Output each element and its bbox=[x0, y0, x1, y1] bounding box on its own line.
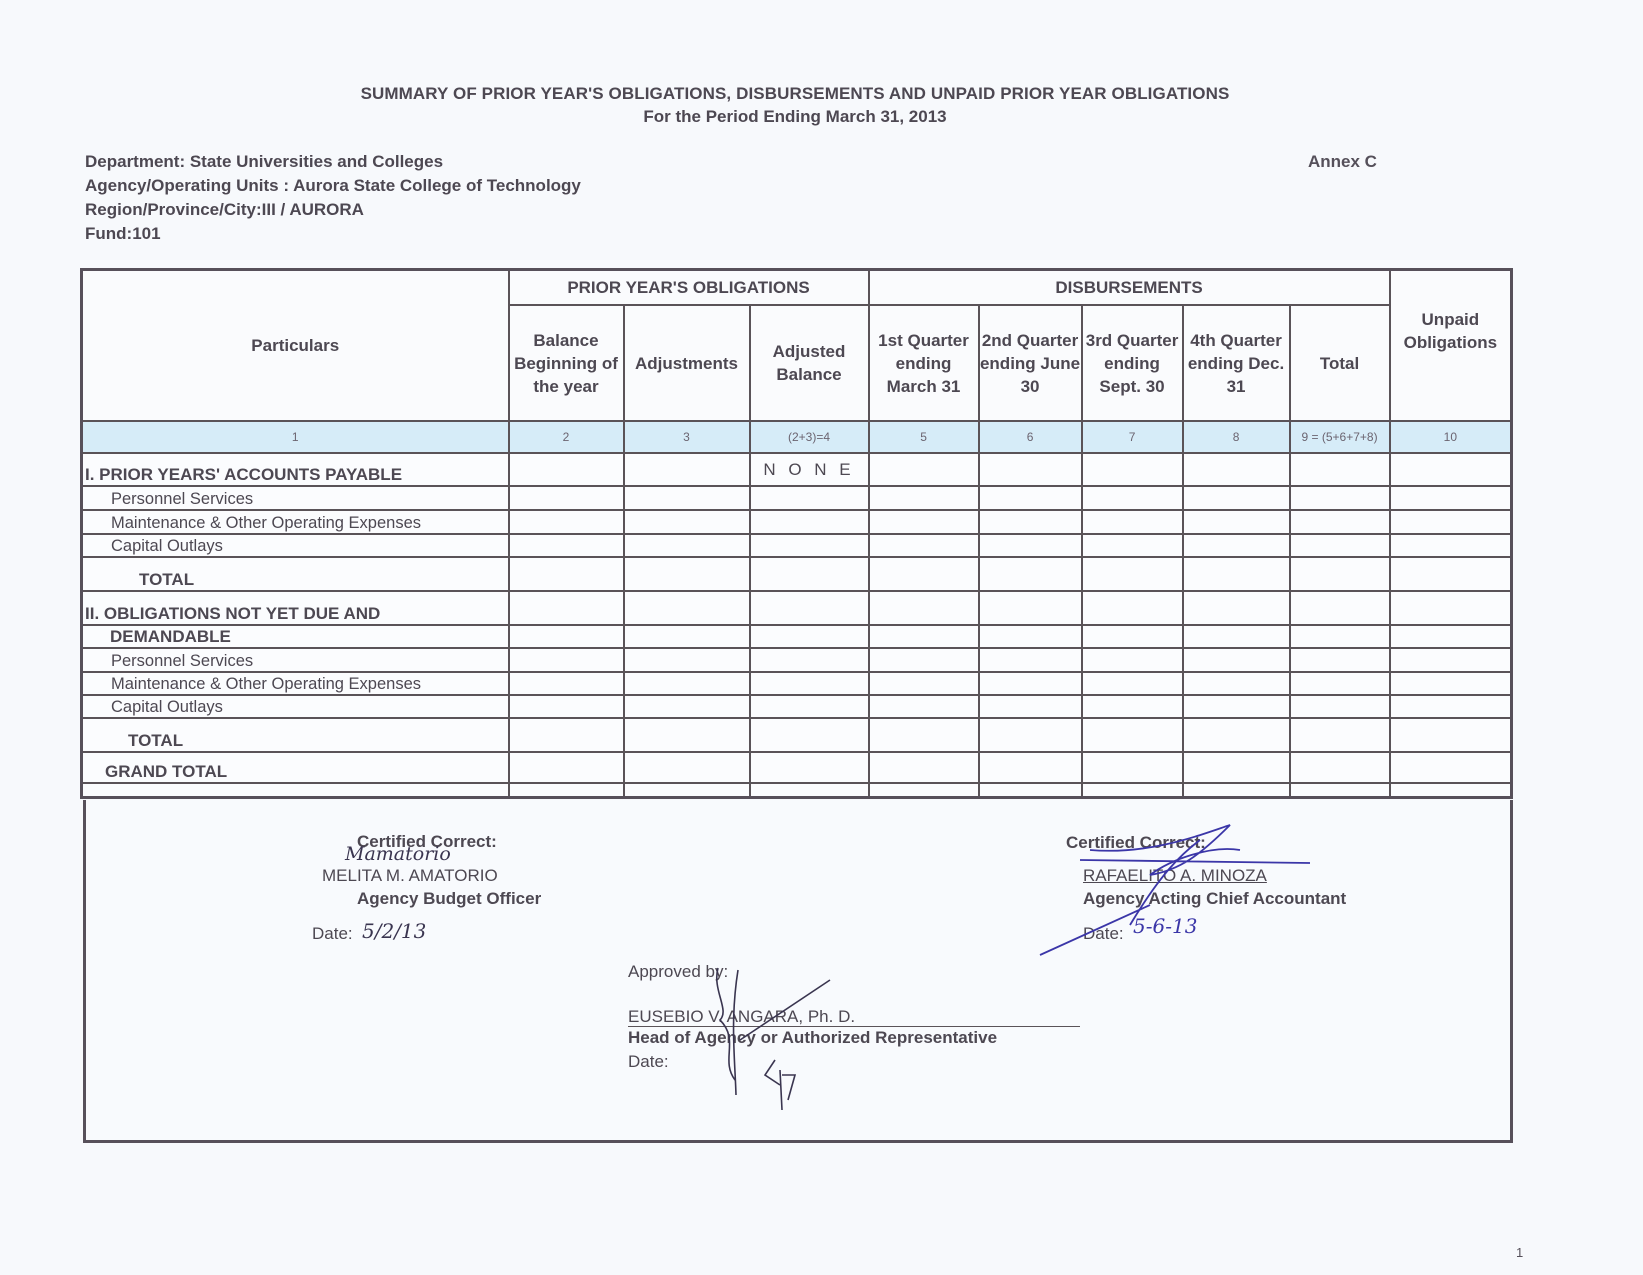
table-cell bbox=[1082, 672, 1183, 695]
table-cell bbox=[869, 453, 979, 486]
col-q2: 2nd Quarter ending June 30 bbox=[979, 305, 1082, 421]
table-cell bbox=[869, 591, 979, 625]
table-cell bbox=[979, 752, 1082, 783]
table-cell bbox=[750, 672, 869, 695]
table-cell bbox=[1183, 625, 1290, 648]
table-cell bbox=[1390, 591, 1512, 625]
table-cell bbox=[979, 625, 1082, 648]
approved-signature-icon bbox=[700, 960, 840, 1120]
table-cell bbox=[869, 486, 979, 510]
row-label: Maintenance & Other Operating Expenses bbox=[82, 672, 509, 695]
colnum: (2+3)=4 bbox=[750, 421, 869, 453]
table-cell bbox=[869, 752, 979, 783]
table-cell bbox=[624, 648, 750, 672]
table-cell bbox=[509, 534, 624, 557]
table-cell bbox=[1082, 783, 1183, 797]
table-cell bbox=[509, 695, 624, 718]
table-cell bbox=[979, 557, 1082, 591]
report-period: For the Period Ending March 31, 2013 bbox=[0, 107, 1590, 127]
col-adjustments: Adjustments bbox=[624, 305, 750, 421]
row-label: Capital Outlays bbox=[82, 534, 509, 557]
row-label: Maintenance & Other Operating Expenses bbox=[82, 510, 509, 534]
table-cell bbox=[509, 672, 624, 695]
table-cell bbox=[1183, 510, 1290, 534]
table-cell bbox=[1390, 625, 1512, 648]
table-cell bbox=[1390, 752, 1512, 783]
table-cell bbox=[624, 510, 750, 534]
table-cell bbox=[1082, 718, 1183, 752]
table-cell bbox=[1290, 752, 1390, 783]
colnum: 10 bbox=[1390, 421, 1512, 453]
table-cell bbox=[1082, 557, 1183, 591]
page-number: 1 bbox=[1516, 1245, 1523, 1260]
colnum: 2 bbox=[509, 421, 624, 453]
table-cell bbox=[1290, 510, 1390, 534]
table-cell bbox=[869, 625, 979, 648]
table-cell bbox=[1082, 534, 1183, 557]
table-cell bbox=[1082, 453, 1183, 486]
table-cell bbox=[509, 752, 624, 783]
table-cell bbox=[750, 534, 869, 557]
table-cell bbox=[1390, 718, 1512, 752]
table-cell bbox=[1183, 718, 1290, 752]
table-cell bbox=[509, 718, 624, 752]
table-cell bbox=[1290, 453, 1390, 486]
table-cell bbox=[509, 486, 624, 510]
table-row: Maintenance & Other Operating Expenses bbox=[82, 510, 1512, 534]
table-cell bbox=[1290, 718, 1390, 752]
table-cell bbox=[509, 591, 624, 625]
table-cell bbox=[1390, 648, 1512, 672]
table-cell bbox=[979, 672, 1082, 695]
table-cell bbox=[869, 783, 979, 797]
colnum: 5 bbox=[869, 421, 979, 453]
col-adjusted-balance: Adjusted Balance bbox=[750, 305, 869, 421]
col-q1: 1st Quarter ending March 31 bbox=[869, 305, 979, 421]
table-cell bbox=[1390, 510, 1512, 534]
table-cell bbox=[509, 625, 624, 648]
table-cell bbox=[509, 557, 624, 591]
table-cell bbox=[1183, 695, 1290, 718]
table-cell bbox=[1183, 672, 1290, 695]
table-cell bbox=[624, 534, 750, 557]
col-unpaid-obligations: Unpaid Obligations bbox=[1390, 270, 1512, 422]
region-line: Region/Province/City:III / AURORA bbox=[85, 198, 581, 222]
row-label: I. PRIOR YEARS' ACCOUNTS PAYABLE bbox=[82, 453, 509, 486]
table-cell bbox=[750, 648, 869, 672]
table-cell bbox=[1290, 534, 1390, 557]
department-line: Department: State Universities and Colle… bbox=[85, 150, 581, 174]
table-cell bbox=[750, 783, 869, 797]
report-title: SUMMARY OF PRIOR YEAR'S OBLIGATIONS, DIS… bbox=[0, 84, 1590, 104]
table-cell bbox=[509, 648, 624, 672]
table-cell bbox=[1290, 695, 1390, 718]
left-signatory-name: MELITA M. AMATORIO bbox=[322, 866, 498, 886]
table-cell bbox=[979, 783, 1082, 797]
table-cell bbox=[1290, 648, 1390, 672]
table-cell bbox=[979, 510, 1082, 534]
obligations-table: Particulars PRIOR YEAR'S OBLIGATIONS DIS… bbox=[80, 268, 1513, 799]
table-row: DEMANDABLE bbox=[82, 625, 1512, 648]
col-total: Total bbox=[1290, 305, 1390, 421]
table-cell bbox=[750, 486, 869, 510]
colnum: 8 bbox=[1183, 421, 1290, 453]
left-signature: Mamatorio bbox=[345, 843, 451, 865]
table-cell bbox=[869, 648, 979, 672]
table-cell bbox=[1390, 486, 1512, 510]
table-row bbox=[82, 783, 1512, 797]
approved-date-label: Date: bbox=[628, 1052, 669, 1072]
table-cell bbox=[1290, 672, 1390, 695]
table-cell bbox=[624, 557, 750, 591]
col-particulars: Particulars bbox=[82, 270, 509, 422]
column-number-row: 1 2 3 (2+3)=4 5 6 7 8 9 = (5+6+7+8) 10 bbox=[82, 421, 1512, 453]
row-label: Personnel Services bbox=[82, 648, 509, 672]
table-cell bbox=[624, 718, 750, 752]
table-row: GRAND TOTAL bbox=[82, 752, 1512, 783]
table-cell bbox=[979, 453, 1082, 486]
table-cell bbox=[624, 752, 750, 783]
group-disbursements: DISBURSEMENTS bbox=[869, 270, 1390, 306]
table-cell bbox=[750, 695, 869, 718]
table-cell bbox=[509, 453, 624, 486]
table-cell bbox=[1183, 453, 1290, 486]
table-cell bbox=[1290, 557, 1390, 591]
table-cell bbox=[979, 695, 1082, 718]
table-cell bbox=[979, 718, 1082, 752]
col-q4: 4th Quarter ending Dec. 31 bbox=[1183, 305, 1290, 421]
table-cell bbox=[624, 591, 750, 625]
right-signature-icon bbox=[1030, 815, 1320, 960]
row-label: GRAND TOTAL bbox=[82, 752, 509, 783]
agency-line: Agency/Operating Units : Aurora State Co… bbox=[85, 174, 581, 198]
table-cell bbox=[1183, 591, 1290, 625]
table-cell bbox=[750, 557, 869, 591]
colnum: 9 = (5+6+7+8) bbox=[1290, 421, 1390, 453]
table-cell bbox=[750, 510, 869, 534]
table-cell bbox=[750, 591, 869, 625]
table-cell bbox=[1082, 648, 1183, 672]
table-cell bbox=[1290, 591, 1390, 625]
table-cell: N O N E bbox=[750, 453, 869, 486]
table-cell bbox=[1183, 783, 1290, 797]
table-cell bbox=[1290, 625, 1390, 648]
table-cell bbox=[979, 591, 1082, 625]
table-cell bbox=[1290, 783, 1390, 797]
row-label: Capital Outlays bbox=[82, 695, 509, 718]
row-label: TOTAL bbox=[82, 557, 509, 591]
table-cell bbox=[869, 695, 979, 718]
table-cell bbox=[979, 648, 1082, 672]
table-row: Capital Outlays bbox=[82, 695, 1512, 718]
annex-label: Annex C bbox=[1308, 152, 1377, 172]
table-cell bbox=[624, 486, 750, 510]
table-cell bbox=[1390, 672, 1512, 695]
table-cell bbox=[1390, 534, 1512, 557]
table-row: Maintenance & Other Operating Expenses bbox=[82, 672, 1512, 695]
table-cell bbox=[509, 783, 624, 797]
table-cell bbox=[624, 453, 750, 486]
row-label: DEMANDABLE bbox=[82, 625, 509, 648]
colnum: 3 bbox=[624, 421, 750, 453]
col-balance-beginning: Balance Beginning of the year bbox=[509, 305, 624, 421]
table-cell bbox=[750, 718, 869, 752]
table-cell bbox=[869, 672, 979, 695]
colnum: 6 bbox=[979, 421, 1082, 453]
table-cell bbox=[869, 534, 979, 557]
table-cell bbox=[1082, 625, 1183, 648]
left-signatory-position: Agency Budget Officer bbox=[357, 889, 541, 909]
table-cell bbox=[624, 783, 750, 797]
table-cell bbox=[869, 510, 979, 534]
table-cell bbox=[979, 486, 1082, 510]
table-cell bbox=[1390, 557, 1512, 591]
table-row: Capital Outlays bbox=[82, 534, 1512, 557]
left-date-value: 5/2/13 bbox=[362, 919, 426, 943]
table-row: II. OBLIGATIONS NOT YET DUE AND bbox=[82, 591, 1512, 625]
table-cell bbox=[1390, 783, 1512, 797]
table-row: I. PRIOR YEARS' ACCOUNTS PAYABLEN O N E bbox=[82, 453, 1512, 486]
report-meta: Department: State Universities and Colle… bbox=[85, 150, 581, 246]
table-cell bbox=[750, 625, 869, 648]
table-cell bbox=[750, 752, 869, 783]
table-cell bbox=[1183, 486, 1290, 510]
table-row: Personnel Services bbox=[82, 648, 1512, 672]
table-cell bbox=[509, 510, 624, 534]
row-label: Personnel Services bbox=[82, 486, 509, 510]
table-cell bbox=[1082, 752, 1183, 783]
table-cell bbox=[1082, 486, 1183, 510]
approved-signature-line bbox=[628, 1026, 1080, 1027]
left-date-label: Date: bbox=[312, 924, 353, 944]
row-label: TOTAL bbox=[82, 718, 509, 752]
table-cell bbox=[1183, 752, 1290, 783]
table-cell bbox=[1390, 695, 1512, 718]
table-cell bbox=[1183, 648, 1290, 672]
colnum: 1 bbox=[82, 421, 509, 453]
table-cell bbox=[624, 695, 750, 718]
table-cell bbox=[1082, 591, 1183, 625]
table-cell bbox=[1390, 453, 1512, 486]
col-q3: 3rd Quarter ending Sept. 30 bbox=[1082, 305, 1183, 421]
table-cell bbox=[979, 534, 1082, 557]
table-cell bbox=[1082, 695, 1183, 718]
table-cell bbox=[869, 718, 979, 752]
table-cell bbox=[869, 557, 979, 591]
table-row: Personnel Services bbox=[82, 486, 1512, 510]
table-row: TOTAL bbox=[82, 557, 1512, 591]
table-row: TOTAL bbox=[82, 718, 1512, 752]
table-cell bbox=[1082, 510, 1183, 534]
table-cell bbox=[1290, 486, 1390, 510]
table-cell bbox=[1183, 534, 1290, 557]
fund-line: Fund:101 bbox=[85, 222, 581, 246]
colnum: 7 bbox=[1082, 421, 1183, 453]
row-label bbox=[82, 783, 509, 797]
table-cell bbox=[624, 625, 750, 648]
table-cell bbox=[1183, 557, 1290, 591]
row-label: II. OBLIGATIONS NOT YET DUE AND bbox=[82, 591, 509, 625]
table-cell bbox=[624, 672, 750, 695]
group-prior-obligations: PRIOR YEAR'S OBLIGATIONS bbox=[509, 270, 869, 306]
